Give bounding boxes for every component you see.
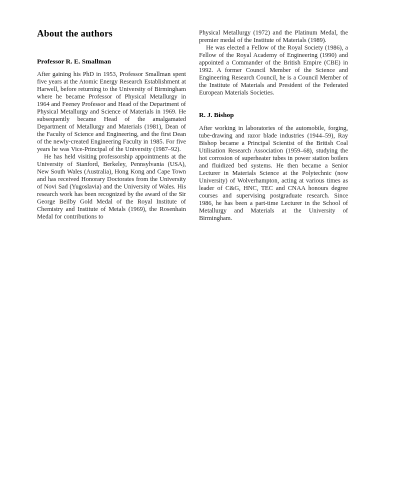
section-heading-smallman: Professor R. E. Smallman: [37, 57, 186, 65]
smallman-paragraph-2-right-part: Physical Metallurgy (1972) and the Plati…: [199, 29, 348, 44]
two-column-layout: About the authors Professor R. E. Smallm…: [37, 29, 348, 222]
smallman-paragraph-3: He was elected a Fellow of the Royal Soc…: [199, 44, 348, 97]
bishop-paragraph-1: After working in laboratories of the aut…: [199, 124, 348, 222]
book-page-sheet: About the authors Professor R. E. Smallm…: [0, 0, 395, 500]
left-column: About the authors Professor R. E. Smallm…: [37, 29, 186, 222]
section-heading-bishop: R. J. Bishop: [199, 111, 348, 119]
page-title: About the authors: [37, 29, 186, 39]
smallman-paragraph-1: After gaining his PhD in 1953, Professor…: [37, 71, 186, 154]
right-column: Physical Metallurgy (1972) and the Plati…: [199, 29, 348, 222]
scanned-book-page: { "page": { "title": "About the authors"…: [0, 0, 395, 500]
smallman-paragraph-2-left-part: He has held visiting professorship appoi…: [37, 153, 186, 221]
